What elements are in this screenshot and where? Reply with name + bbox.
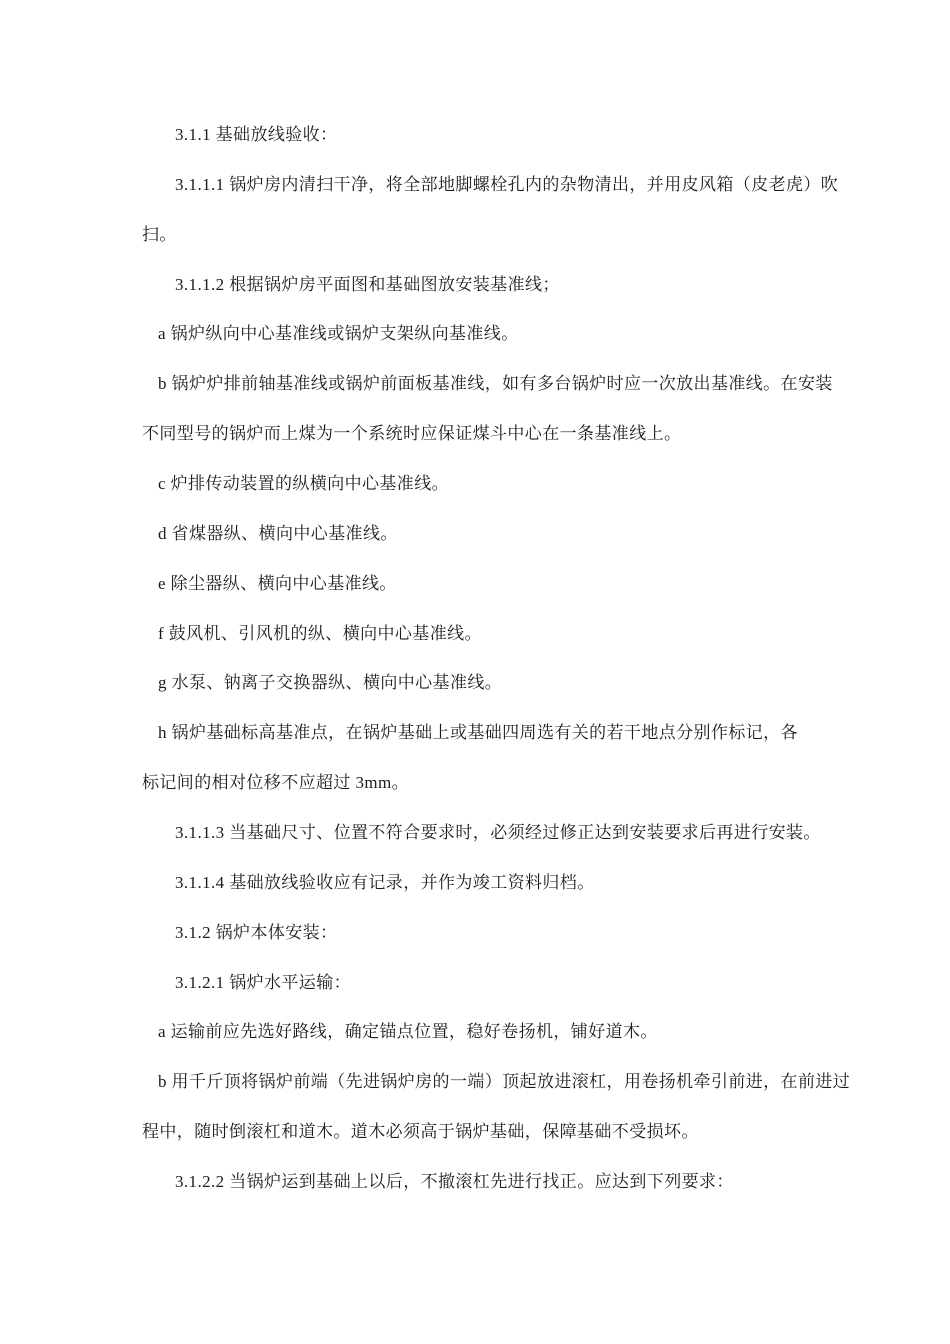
doc-line: a 运输前应先选好路线，确定锚点位置，稳好卷扬机，铺好道木。 [142, 1007, 832, 1057]
doc-line: d 省煤器纵、横向中心基准线。 [142, 509, 832, 559]
doc-line: a 锅炉纵向中心基准线或锅炉支架纵向基准线。 [142, 309, 832, 359]
doc-line: 3.1.1.3 当基础尺寸、位置不符合要求时，必须经过修正达到安装要求后再进行安… [142, 808, 832, 858]
doc-line: 3.1.1.4 基础放线验收应有记录，并作为竣工资料归档。 [142, 858, 832, 908]
doc-line: 3.1.2.1 锅炉水平运输： [142, 958, 832, 1008]
doc-line: h 锅炉基础标高基准点，在锅炉基础上或基础四周选有关的若干地点分别作标记，各 [142, 708, 832, 758]
doc-line: c 炉排传动装置的纵横向中心基准线。 [142, 459, 832, 509]
doc-line: e 除尘器纵、横向中心基准线。 [142, 559, 832, 609]
doc-line: f 鼓风机、引风机的纵、横向中心基准线。 [142, 609, 832, 659]
doc-line: 标记间的相对位移不应超过 3mm。 [142, 758, 832, 808]
doc-line: 程中，随时倒滚杠和道木。道木必须高于锅炉基础，保障基础不受损坏。 [142, 1107, 832, 1157]
doc-line: 不同型号的锅炉而上煤为一个系统时应保证煤斗中心在一条基准线上。 [142, 409, 832, 459]
doc-line: 3.1.2 锅炉本体安装： [142, 908, 832, 958]
doc-line: g 水泵、钠离子交换器纵、横向中心基准线。 [142, 658, 832, 708]
doc-line: 3.1.1 基础放线验收： [142, 110, 832, 160]
doc-line: b 用千斤顶将锅炉前端（先进锅炉房的一端）顶起放进滚杠，用卷扬机牵引前进，在前进… [142, 1057, 832, 1107]
doc-line: 扫。 [142, 210, 832, 260]
doc-line: 3.1.1.1 锅炉房内清扫干净，将全部地脚螺栓孔内的杂物清出，并用皮风箱（皮老… [142, 160, 832, 210]
document-page: 3.1.1 基础放线验收： 3.1.1.1 锅炉房内清扫干净，将全部地脚螺栓孔内… [0, 0, 950, 1344]
doc-line: b 锅炉炉排前轴基准线或锅炉前面板基准线，如有多台锅炉时应一次放出基准线。在安装 [142, 359, 832, 409]
doc-line: 3.1.1.2 根据锅炉房平面图和基础图放安装基准线； [142, 260, 832, 310]
doc-line: 3.1.2.2 当锅炉运到基础上以后，不撤滚杠先进行找正。应达到下列要求： [142, 1157, 832, 1207]
document-body: 3.1.1 基础放线验收： 3.1.1.1 锅炉房内清扫干净，将全部地脚螺栓孔内… [142, 110, 832, 1207]
